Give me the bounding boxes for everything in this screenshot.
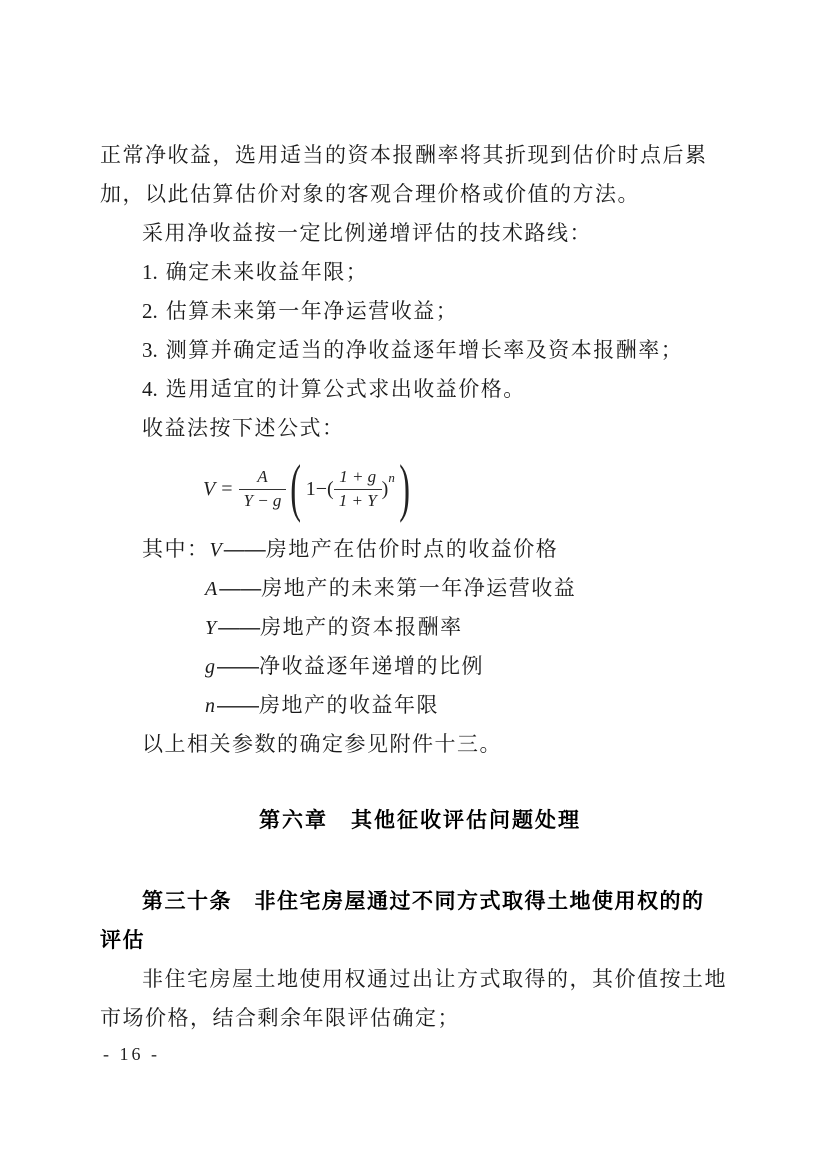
fraction-denominator: Y − g <box>239 489 287 512</box>
variable-definition: n——房地产的收益年限 <box>100 686 740 725</box>
fraction-denominator: 1 + Y <box>334 489 382 512</box>
variable-description: 房地产在估价时点的收益价格 <box>266 538 559 561</box>
step-text: 估算未来第一年净运营收益； <box>166 300 459 323</box>
formula-inner-group: 1−( 1 + g 1 + Y ) n <box>306 466 395 511</box>
variable-symbol: g <box>205 656 215 678</box>
step-text: 选用适宜的计算公式求出收益价格。 <box>166 378 526 401</box>
variable-symbol: V <box>210 539 222 561</box>
one-minus-open: 1−( <box>306 478 334 501</box>
document-page: 正常净收益，选用适当的资本报酬率将其折现到估价时点后累 加，以此估算估价对象的客… <box>0 0 827 1169</box>
fraction: 1 + g 1 + Y <box>334 466 382 511</box>
fraction: A Y − g <box>239 466 287 511</box>
variable-description: 房地产的收益年限 <box>259 694 439 717</box>
chapter-heading: 第六章 其他征收评估问题处理 <box>100 801 740 840</box>
step-number: 1. <box>142 260 158 284</box>
paragraph-line: 非住宅房屋土地使用权通过出让方式取得的，其价值按土地 <box>100 960 740 999</box>
formula-lhs: V <box>203 478 215 501</box>
paragraph-line: 市场价格，结合剩余年限评估确定； <box>100 999 740 1038</box>
step-number: 2. <box>142 299 158 323</box>
variable-definition: 其中：V——房地产在估价时点的收益价格 <box>100 530 740 569</box>
article-heading-line: 评估 <box>100 921 740 960</box>
variable-definition: Y——房地产的资本报酬率 <box>100 608 740 647</box>
variable-description: 房地产的未来第一年净运营收益 <box>261 577 576 600</box>
fraction-numerator: 1 + g <box>334 466 381 488</box>
big-close-paren: ) <box>399 457 410 522</box>
variable-definition: g——净收益逐年递增的比例 <box>100 647 740 686</box>
variable-dash: —— <box>219 577 261 600</box>
body-text: 正常净收益，选用适当的资本报酬率将其折现到估价时点后累 加，以此估算估价对象的客… <box>100 136 740 1038</box>
variable-dash: —— <box>217 694 259 717</box>
variable-symbol: A <box>205 578 217 600</box>
article-heading-line: 第三十条 非住宅房屋通过不同方式取得土地使用权的的 <box>100 882 740 921</box>
inner-close-paren: ) <box>382 478 389 501</box>
variable-description: 净收益逐年递增的比例 <box>259 655 484 678</box>
fraction-numerator: A <box>252 466 272 488</box>
step-number: 4. <box>142 377 158 401</box>
formula-equals: = <box>221 478 232 501</box>
variable-symbol: n <box>205 695 215 717</box>
step-number: 3. <box>142 338 158 362</box>
route-intro-line: 采用净收益按一定比例递增评估的技术路线： <box>100 214 740 253</box>
variable-dash: —— <box>224 538 266 561</box>
big-open-paren: ( <box>291 457 302 522</box>
step-text: 测算并确定适当的净收益逐年增长率及资本报酬率； <box>166 339 684 362</box>
variable-dash: —— <box>217 655 259 678</box>
variable-dash: —— <box>218 616 260 639</box>
step-text: 确定未来收益年限； <box>166 261 369 284</box>
params-note-line: 以上相关参数的确定参见附件十三。 <box>100 725 740 764</box>
where-label: 其中： <box>142 538 210 561</box>
step-item: 4.选用适宜的计算公式求出收益价格。 <box>100 370 740 409</box>
formula-intro-line: 收益法按下述公式： <box>100 409 740 448</box>
footer-page-number: - 16 - <box>103 1044 160 1065</box>
variable-definition: A——房地产的未来第一年净运营收益 <box>100 569 740 608</box>
paragraph-line: 加，以此估算估价对象的客观合理价格或价值的方法。 <box>100 175 740 214</box>
step-item: 1.确定未来收益年限； <box>100 253 740 292</box>
variable-symbol: Y <box>205 617 216 639</box>
formula-exponent: n <box>388 470 395 486</box>
step-item: 3.测算并确定适当的净收益逐年增长率及资本报酬率； <box>100 331 740 370</box>
income-formula: V = A Y − g ( 1−( 1 + g 1 + Y ) n ) <box>100 448 740 530</box>
step-item: 2.估算未来第一年净运营收益； <box>100 292 740 331</box>
paragraph-line: 正常净收益，选用适当的资本报酬率将其折现到估价时点后累 <box>100 136 740 175</box>
variable-description: 房地产的资本报酬率 <box>260 616 463 639</box>
